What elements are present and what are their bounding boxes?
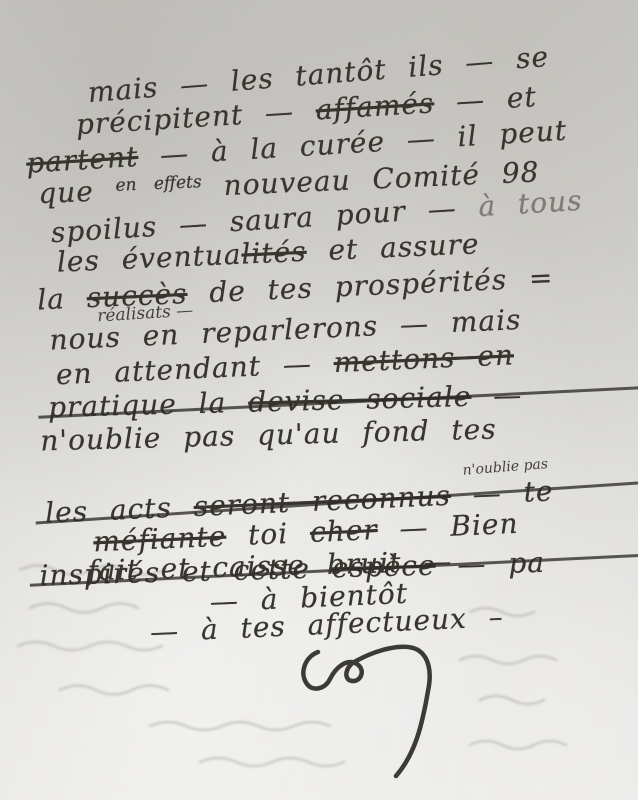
line-text: — et	[433, 80, 537, 119]
line-text: toi	[226, 516, 311, 553]
line-text: pratique la	[48, 386, 249, 424]
line-text: la	[37, 281, 88, 316]
line-text: — Bien	[377, 507, 519, 546]
line-text: —	[471, 379, 523, 413]
signature-paraph	[292, 638, 442, 786]
struck-word: lités	[241, 235, 307, 271]
line-text: que	[38, 174, 117, 210]
letter-photograph: mais — les tantôt ils — se précipitent —…	[0, 0, 638, 800]
struck-word: affamés	[315, 86, 435, 126]
line-text: les éventua	[56, 238, 242, 279]
struck-word: devise sociale	[248, 380, 472, 419]
interline-word: en effets	[115, 172, 202, 196]
faint-text: à tous	[477, 184, 583, 223]
line-text: — te	[450, 474, 554, 511]
struck-word: cher	[309, 513, 378, 549]
struck-word: mettons en	[333, 338, 515, 379]
line-text: et assure	[306, 227, 480, 268]
